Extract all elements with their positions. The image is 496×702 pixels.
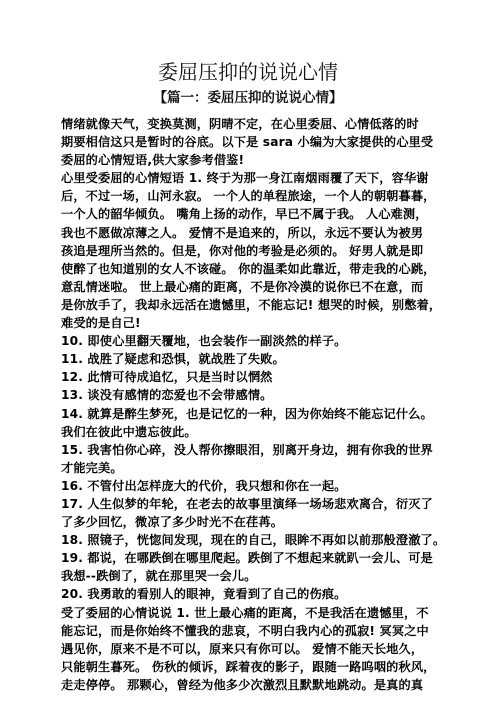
text-line: 使醉了也知道别的女人不该碰。 你的温柔如此靠近，带走我的心跳， bbox=[61, 260, 441, 278]
text-line: 走走停停。 那颗心，曾经为他多少次激烈且默默地跳动。是真的真 bbox=[61, 676, 441, 694]
text-line: 遇见你，原来不是不可以，原来只有你可以。 爱情不能天长地久， bbox=[61, 640, 441, 658]
text-line: 意乱情迷啦。 世上最心痛的距离，不是你冷漠的说你已不在意，而 bbox=[61, 278, 441, 296]
text-line: 情绪就像天气，变换莫测，阴晴不定，在心里委屈、心情低落的时 bbox=[61, 115, 441, 133]
section-heading: 【篇一：委屈压抑的说说心情】 bbox=[0, 89, 496, 107]
body-text: 情绪就像天气，变换莫测，阴晴不定，在心里委屈、心情低落的时 期要相信这只是暂时的… bbox=[61, 115, 441, 694]
text-line: 能忘记，而是你始终不懂我的悲哀，不明白我内心的孤寂! 冥冥之中 bbox=[61, 622, 441, 640]
text-line: 一个人的韶华倾负。 嘴角上扬的动作，早已不属于我。 人心难测， bbox=[61, 205, 441, 223]
text-line: 我也不愿做凉薄之人。 爱情不是追来的，所以，永远不要认为被男 bbox=[61, 224, 441, 242]
text-line: 我们在彼此中遗忘彼此。 bbox=[61, 423, 441, 441]
list-item: 19. 都说，在哪跌倒在哪里爬起。跌倒了不想起来就趴一会儿、可是 bbox=[61, 549, 441, 567]
text-line: 是你放手了，我却永远活在遗憾里，不能忘记! 想哭的时候，别憋着， bbox=[61, 296, 441, 314]
list-item: 12. 此情可待成追忆，只是当时以惘然 bbox=[61, 368, 441, 386]
text-line: 我想--跌倒了，就在那里哭一会儿。 bbox=[61, 567, 441, 585]
list-item: 13. 谈没有感情的恋爱也不会带感情。 bbox=[61, 386, 441, 404]
text-line: 受了委屈的心情说说 1. 世上最心痛的距离，不是我活在遗憾里，不 bbox=[61, 604, 441, 622]
list-item: 18. 照镜子，恍惚间发现，现在的自己，眼眸不再如以前那般澄澈了。 bbox=[61, 531, 441, 549]
document-title: 委屈压抑的说说心情 bbox=[0, 60, 496, 84]
text-line: 只能朝生暮死。 伤秋的倾诉，踩着夜的影子，跟随一路呜咽的秋风， bbox=[61, 658, 441, 676]
text-line: 难受的是自己! bbox=[61, 314, 441, 332]
text-line: 了多少回忆，微凉了多少时光不在荏苒。 bbox=[61, 513, 441, 531]
text-line: 孩追是理所当然的。但是，你对他的考验是必须的。 好男人就是即 bbox=[61, 242, 441, 260]
list-item: 16. 不管付出怎样庞大的代价，我只想和你在一起。 bbox=[61, 477, 441, 495]
document-page: 委屈压抑的说说心情 【篇一：委屈压抑的说说心情】 情绪就像天气，变换莫测，阴晴不… bbox=[0, 0, 496, 702]
list-item: 17. 人生似梦的年轮，在老去的故事里演绎一场场悲欢离合，衍灭了 bbox=[61, 495, 441, 513]
list-item: 20. 我勇敢的看别人的眼神，竟看到了自己的伤痕。 bbox=[61, 585, 441, 603]
text-line: 后，不过一场，山河永寂。 一个人的单程旅途，一个人的朝朝暮暮， bbox=[61, 187, 441, 205]
text-line: 心里受委屈的心情短语 1. 终于为那一身江南烟雨覆了天下，容华谢 bbox=[61, 169, 441, 187]
list-item: 14. 就算是醉生梦死，也是记忆的一种，因为你始终不能忘记什么。 bbox=[61, 405, 441, 423]
list-item: 11. 战胜了疑虑和恐惧，就战胜了失败。 bbox=[61, 350, 441, 368]
list-item: 10. 即使心里翻天覆地，也会装作一副淡然的样子。 bbox=[61, 332, 441, 350]
text-line: 委屈的心情短语,供大家参考借鉴! bbox=[61, 151, 441, 169]
text-line: 才能完美。 bbox=[61, 459, 441, 477]
text-line: 期要相信这只是暂时的谷底。以下是 sara 小编为大家提供的心里受 bbox=[61, 133, 441, 151]
list-item: 15. 我害怕你心碎，没人帮你擦眼泪，别离开身边，拥有你我的世界 bbox=[61, 441, 441, 459]
